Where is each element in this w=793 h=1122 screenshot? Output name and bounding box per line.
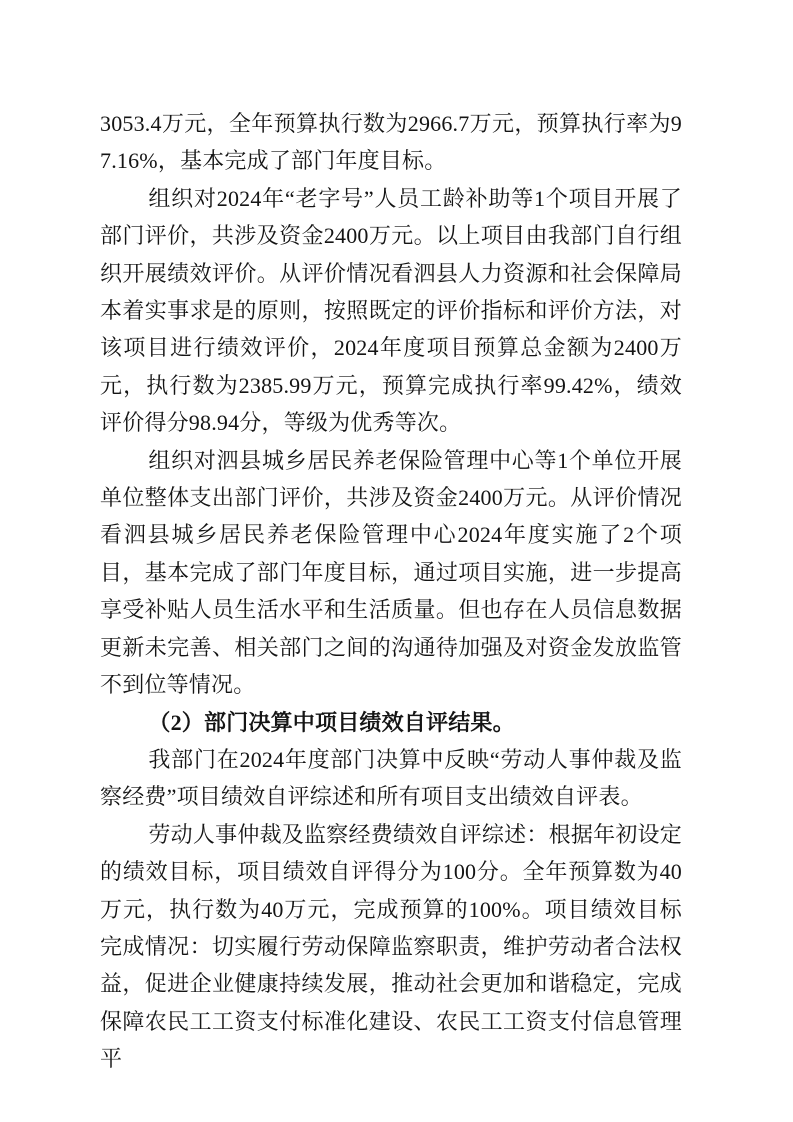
paragraph-department-project-evaluation: 组织对2024年“老字号”人员工龄补助等1个项目开展了部门评价，共涉及资金240… xyxy=(100,180,682,442)
paragraph-final-accounts-self-evaluation: 我部门在2024年度部门决算中反映“劳动人事仲裁及监察经费”项目绩效自评综述和所… xyxy=(100,741,682,816)
document-text-block: 3053.4万元，全年预算执行数为2966.7万元，预算执行率为97.16%，基… xyxy=(100,105,682,1078)
paragraph-unit-overall-expenditure-evaluation: 组织对泗县城乡居民养老保险管理中心等1个单位开展单位整体支出部门评价，共涉及资金… xyxy=(100,442,682,704)
section-heading-self-evaluation-results: （2）部门决算中项目绩效自评结果。 xyxy=(100,704,682,741)
paragraph-budget-execution-summary: 3053.4万元，全年预算执行数为2966.7万元，预算执行率为97.16%，基… xyxy=(100,105,682,180)
paragraph-labor-arbitration-supervision-funds: 劳动人事仲裁及监察经费绩效自评综述：根据年初设定的绩效目标，项目绩效自评得分为1… xyxy=(100,816,682,1078)
document-page: 3053.4万元，全年预算执行数为2966.7万元，预算执行率为97.16%，基… xyxy=(0,0,793,1122)
